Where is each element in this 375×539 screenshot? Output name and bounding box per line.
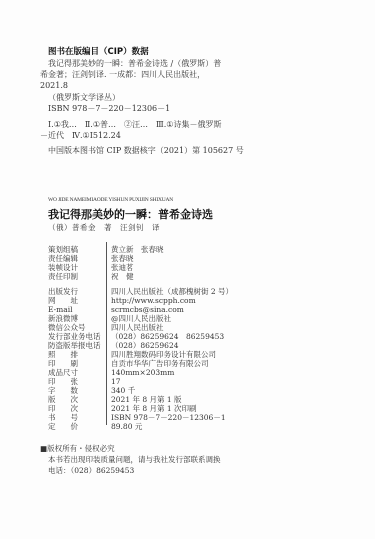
pub-label: 出版发行	[48, 287, 103, 296]
pub-row: 印 张17	[48, 377, 103, 386]
quality-notice: 本书若出现印装质量问题，请与我社发行部联系调换	[48, 455, 221, 466]
pub-row: 定 价89.80 元	[48, 422, 103, 431]
pub-label: 定 价	[48, 422, 103, 431]
cip-line: 2021.8	[40, 80, 68, 91]
pub-row: 防盗版举报电话（028）86259624	[48, 341, 103, 350]
pub-value: @四川人民出版社	[111, 314, 171, 323]
pub-row: 新浪微博@四川人民出版社	[48, 314, 103, 323]
pub-row: 网 址http://www.scpph.com	[48, 296, 103, 305]
pub-value: （028）86259624	[111, 341, 179, 350]
pub-value: 140mm×203mm	[111, 368, 174, 377]
pub-label: 印 次	[48, 404, 103, 413]
pub-label: 印 刷	[48, 359, 103, 368]
pub-row: 印 次2021 年 8 月第 1 次印刷	[48, 404, 103, 413]
cip-line: 希金著；汪剑钊译. 一成都：四川人民出版社，	[40, 69, 205, 80]
pub-row: 书 号ISBN 978－7－220－12306－1	[48, 413, 103, 422]
cip-classification: －近代 Ⅳ.①I512.24	[40, 130, 121, 141]
credit-value: 张春晓	[111, 254, 134, 263]
pub-value: 2021 年 8 月第 1 次印刷	[111, 404, 197, 413]
price-value: 89.80 元	[111, 422, 142, 431]
pub-value: 四川胜翔数码印务设计有限公司	[111, 350, 216, 359]
pub-label: 版 次	[48, 395, 103, 404]
cip-isbn: ISBN 978－7－220－12306－1	[48, 103, 170, 114]
cip-record-number: 中国版本图书馆 CIP 数据核字（2021）第 105627 号	[48, 145, 244, 156]
pub-row: 出版发行四川人民出版社（成都槐树街 2 号）	[48, 287, 103, 296]
isbn-value: ISBN 978－7－220－12306－1	[111, 413, 226, 422]
pub-value: 17	[111, 377, 121, 386]
credit-label: 责任编辑	[48, 254, 103, 263]
pub-label: 防盗版举报电话	[48, 341, 103, 350]
author-line: （俄）普希金 著 汪剑钊 译	[48, 222, 160, 233]
credit-row: 策划组稿黄立新 张春晓	[48, 245, 103, 254]
pub-label: 成品尺寸	[48, 368, 103, 377]
credit-row: 责任编辑张春晓	[48, 254, 103, 263]
pub-row: 照 排四川胜翔数码印务设计有限公司	[48, 350, 103, 359]
pub-row: 字 数340 千	[48, 386, 103, 395]
pub-label: 照 排	[48, 350, 103, 359]
cip-line: （俄罗斯文学译丛）	[48, 92, 120, 103]
column-divider	[106, 242, 107, 425]
pinyin-title: WO JIDE NAMEIMIAODE YISHUN PUXIJIN SHIXU…	[48, 197, 173, 203]
pub-row: 版 次2021 年 8 月第 1 版	[48, 395, 103, 404]
pub-row: 发行部业务电话（028）86259624 86259453	[48, 332, 103, 341]
copyright-notice: ■版权所有・侵权必究	[40, 444, 115, 455]
credit-value: 祝 健	[111, 272, 134, 281]
website-link: http://www.scpph.com	[111, 296, 196, 305]
book-title: 我记得那美妙的一瞬：普希金诗选	[48, 206, 213, 222]
contact-phone: 电话：（028）86259453	[48, 466, 134, 477]
pub-row: 微信公众号四川人民出版社	[48, 323, 103, 332]
pub-label: 书 号	[48, 413, 103, 422]
cip-classification: Ⅰ.①我… Ⅱ.①普… ②汪… Ⅲ.①诗集－俄罗斯	[48, 119, 221, 130]
pub-value: 四川人民出版社（成都槐树街 2 号）	[111, 287, 233, 296]
pub-label: 网 址	[48, 296, 103, 305]
credit-label: 策划组稿	[48, 245, 103, 254]
pub-label: 发行部业务电话	[48, 332, 103, 341]
pub-value: 340 千	[111, 386, 135, 395]
pub-value: 四川人民出版社	[111, 323, 164, 332]
pub-label: 字 数	[48, 386, 103, 395]
credit-row: 装帧设计张迪茗	[48, 263, 103, 272]
pub-label: 印 张	[48, 377, 103, 386]
credit-row: 责任印制祝 健	[48, 272, 103, 281]
email-value: scrmcbs@sina.com	[111, 305, 184, 314]
credit-label: 装帧设计	[48, 263, 103, 272]
pub-row: E-mailscrmcbs@sina.com	[48, 305, 103, 314]
credit-value: 张迪茗	[111, 263, 134, 272]
pub-value: （028）86259624 86259453	[111, 332, 224, 341]
credit-label: 责任印制	[48, 272, 103, 281]
pub-row: 印 刷自贡市华华广告印务有限公司	[48, 359, 103, 368]
pub-value: 自贡市华华广告印务有限公司	[111, 359, 209, 368]
pub-label: 微信公众号	[48, 323, 103, 332]
credit-value: 黄立新 张春晓	[111, 245, 164, 254]
pub-label: E-mail	[48, 305, 103, 314]
cip-line: 我记得那美妙的一瞬：普希金诗选 /（俄罗斯）普	[48, 58, 221, 69]
pub-label: 新浪微博	[48, 314, 103, 323]
pub-row: 成品尺寸140mm×203mm	[48, 368, 103, 377]
cip-heading: 图书在版编目（CIP）数据	[48, 45, 149, 57]
pub-value: 2021 年 8 月第 1 版	[111, 395, 182, 404]
